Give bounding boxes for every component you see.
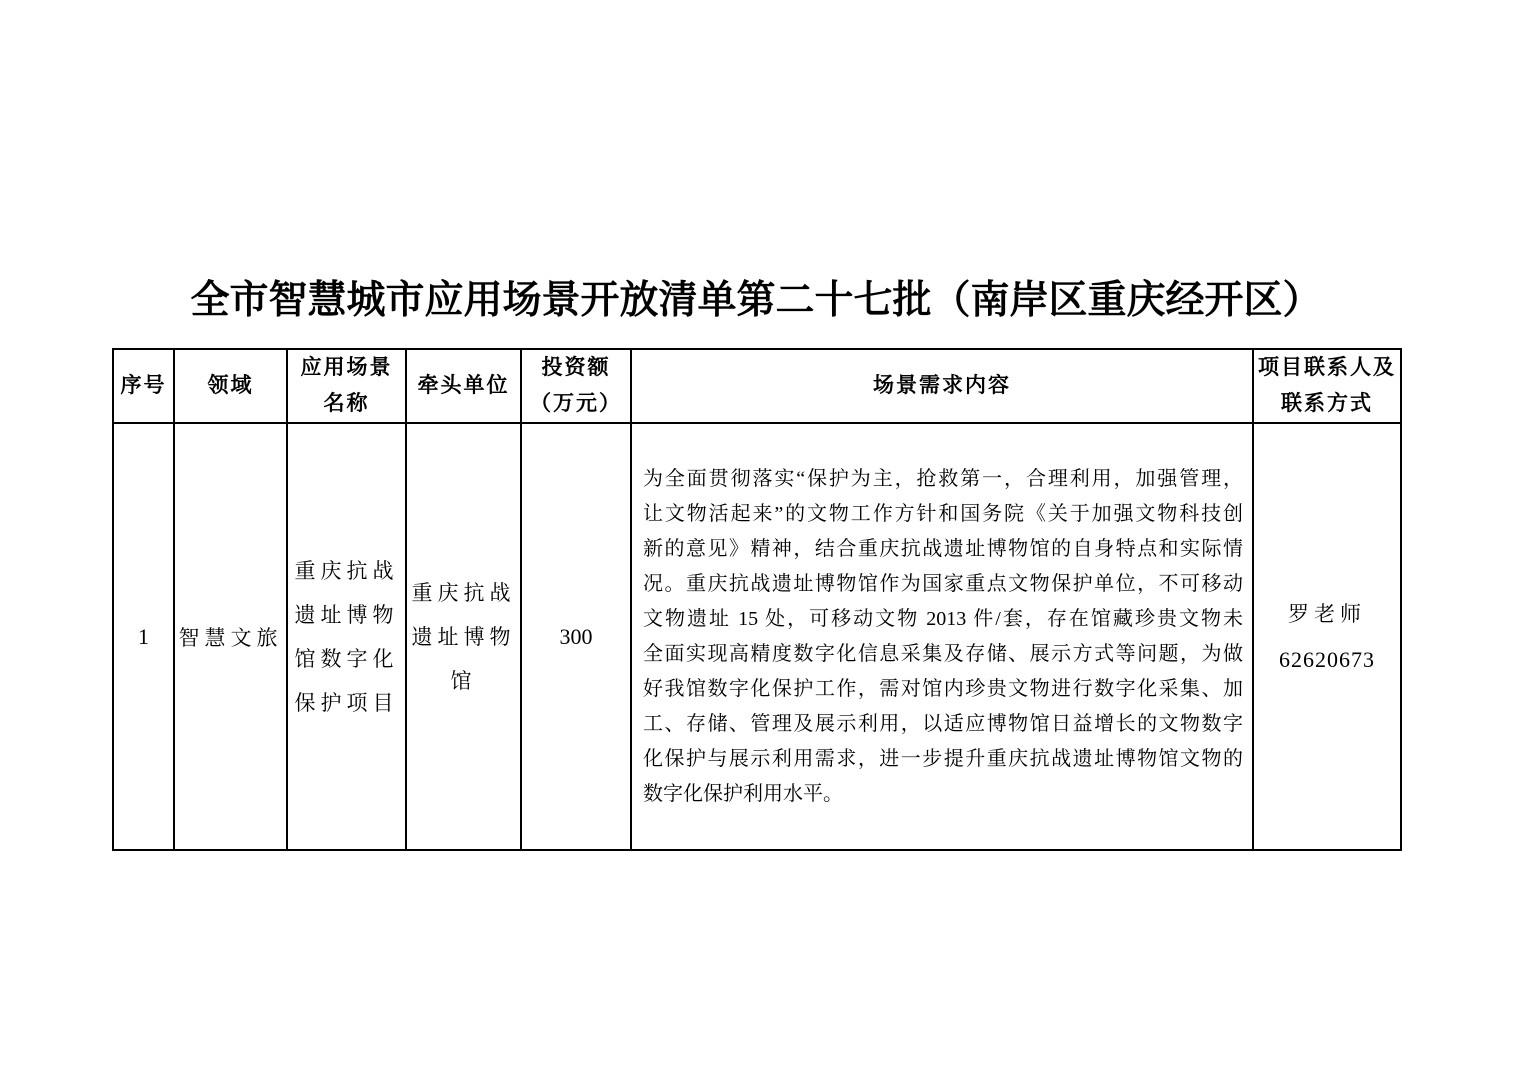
demand-text-line: 文物遗址 15 处，可移动文物 2013 件/套，存在馆藏珍贵文物未 [643,602,1243,637]
cell-domain: 智慧文旅 [174,423,287,850]
scenario-table: 序号 领域 应用场景名称 牵头单位 投资额（万元） 场景需求内容 项目联系人及联… [112,348,1402,851]
header-investment: 投资额（万元） [521,349,631,423]
demand-text-line: 数字化保护利用水平。 [643,777,1243,812]
demand-text-line: 新的意见》精神，结合重庆抗战遗址博物馆的自身特点和实际情 [643,532,1243,567]
demand-text-line: 况。重庆抗战遗址博物馆作为国家重点文物保护单位，不可移动 [643,567,1243,602]
demand-text-line: 好我馆数字化保护工作，需对馆内珍贵文物进行数字化采集、加 [643,672,1243,707]
demand-text-line: 全面实现高精度数字化信息采集及存储、展示方式等问题，为做 [643,637,1243,672]
contact-name: 罗老师 [1254,591,1400,637]
demand-text-line: 工、存储、管理及展示利用，以适应博物馆日益增长的文物数字 [643,707,1243,742]
demand-text-line: 让文物活起来”的文物工作方针和国务院《关于加强文物科技创 [643,497,1243,532]
cell-lead-unit: 重庆抗战遗址博物馆 [406,423,521,850]
table-header-row: 序号 领域 应用场景名称 牵头单位 投资额（万元） 场景需求内容 项目联系人及联… [113,349,1401,423]
header-contact: 项目联系人及联系方式 [1253,349,1401,423]
document-content: 全市智慧城市应用场景开放清单第二十七批（南岸区重庆经开区） 序号 领域 应用场景… [112,0,1400,851]
contact-phone: 62620673 [1254,637,1400,683]
header-lead-unit: 牵头单位 [406,349,521,423]
header-domain: 领域 [174,349,287,423]
header-demand: 场景需求内容 [631,349,1253,423]
cell-index: 1 [113,423,174,850]
header-scenario-name: 应用场景名称 [287,349,406,423]
document-page: 全市智慧城市应用场景开放清单第二十七批（南岸区重庆经开区） 序号 领域 应用场景… [0,0,1520,1074]
table-row: 1 智慧文旅 重庆抗战遗址博物馆数字化保护项目 重庆抗战遗址博物馆 300 为全… [113,423,1401,850]
page-title: 全市智慧城市应用场景开放清单第二十七批（南岸区重庆经开区） [112,0,1400,325]
cell-scenario-name: 重庆抗战遗址博物馆数字化保护项目 [287,423,406,850]
cell-investment: 300 [521,423,631,850]
cell-demand-content: 为全面贯彻落实“保护为主，抢救第一，合理利用，加强管理， 让文物活起来”的文物工… [631,423,1253,850]
demand-text-line: 化保护与展示利用需求，进一步提升重庆抗战遗址博物馆文物的 [643,742,1243,777]
demand-text-line: 为全面贯彻落实“保护为主，抢救第一，合理利用，加强管理， [643,462,1243,497]
header-index: 序号 [113,349,174,423]
cell-contact: 罗老师 62620673 [1253,423,1401,850]
